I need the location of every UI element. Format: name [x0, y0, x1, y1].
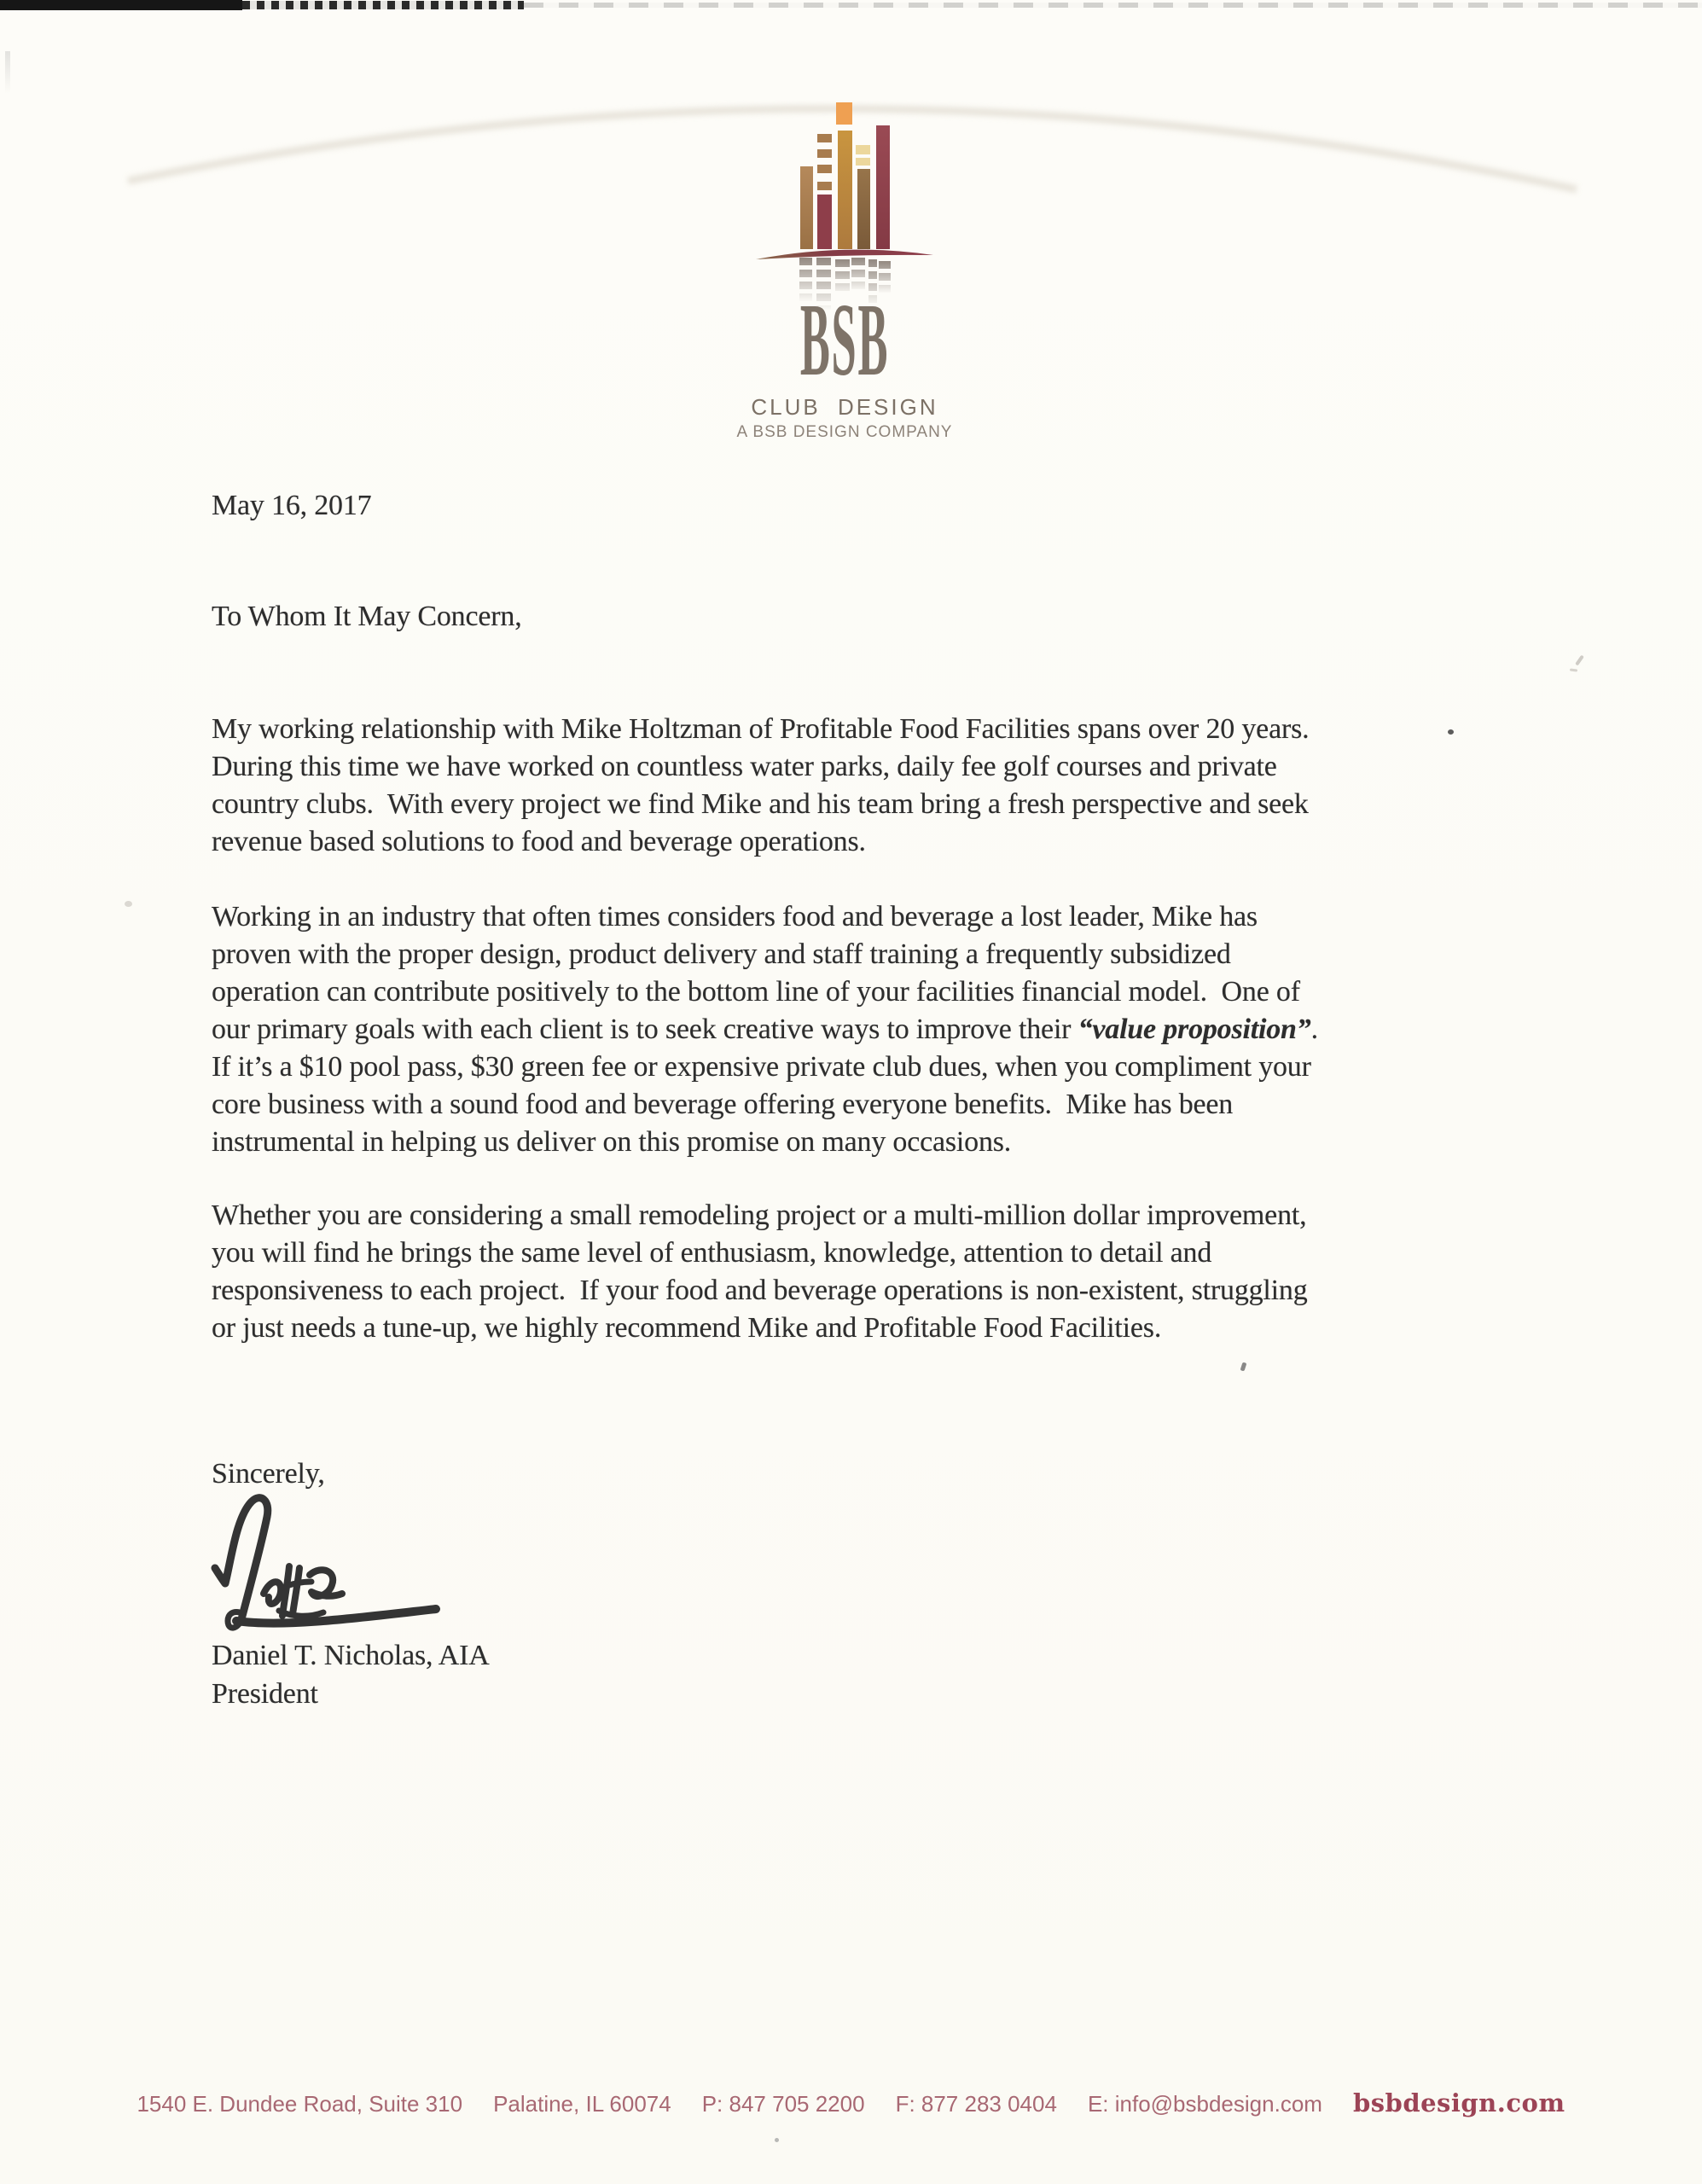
logo-bar — [876, 125, 890, 249]
logo-bar — [856, 158, 870, 166]
footer-email: E: info@bsbdesign.com — [1088, 2091, 1322, 2117]
logo-bar — [817, 149, 832, 158]
salutation: To Whom It May Concern, — [212, 598, 522, 636]
scan-speck — [5, 51, 10, 94]
logo-bar — [817, 134, 832, 142]
logo-bar — [836, 102, 852, 125]
line-segment: our primary goals with each client is to… — [212, 1014, 1078, 1045]
letter-line: responsiveness to each project. If your … — [212, 1272, 1308, 1310]
logo-text-company: A BSB DESIGN COMPANY — [717, 423, 973, 442]
scan-speck — [1575, 655, 1584, 666]
value-proposition-emphasis: “value proposition” — [1078, 1014, 1311, 1045]
letter-line: revenue based solutions to food and beve… — [212, 823, 1309, 861]
letter-line: core business with a sound food and beve… — [212, 1086, 1318, 1124]
letter-line: During this time we have worked on count… — [212, 748, 1309, 786]
logo-bar — [817, 195, 832, 249]
letter-line: operation can contribute positively to t… — [212, 973, 1318, 1011]
letter-line: our primary goals with each client is to… — [212, 1011, 1318, 1048]
letter-line: country clubs. With every project we fin… — [212, 786, 1309, 823]
signer-name: Daniel T. Nicholas, AIA — [212, 1637, 490, 1675]
scanned-letter-page: BSB CLUB DESIGN A BSB DESIGN COMPANY May… — [0, 0, 1702, 2184]
scan-speck — [1570, 668, 1577, 671]
closing: Sincerely, — [212, 1455, 325, 1493]
logo-text-tagline: CLUB DESIGN — [717, 394, 973, 421]
logo-bar — [800, 166, 813, 249]
letter-line: If it’s a $10 pool pass, $30 green fee o… — [212, 1048, 1318, 1086]
signer-title: President — [212, 1676, 318, 1713]
letterhead-logo: BSB CLUB DESIGN A BSB DESIGN COMPANY — [717, 94, 973, 452]
paragraph-2: Working in an industry that often times … — [212, 898, 1318, 1161]
letter-line: or just needs a tune-up, we highly recom… — [212, 1310, 1308, 1347]
scan-speck — [125, 901, 132, 907]
footer-address: 1540 E. Dundee Road, Suite 310 — [137, 2091, 462, 2117]
letter-footer: 1540 E. Dundee Road, Suite 310 Palatine,… — [0, 2088, 1702, 2117]
letter-date: May 16, 2017 — [212, 487, 371, 525]
line-segment: . — [1311, 1014, 1318, 1045]
footer-phone: P: 847 705 2200 — [702, 2091, 865, 2117]
logo-bar — [817, 165, 832, 173]
paragraph-3: Whether you are considering a small remo… — [212, 1197, 1308, 1347]
logo-bar — [856, 145, 870, 154]
logo-bar — [838, 131, 852, 249]
footer-website: bsbdesign.com — [1353, 2088, 1565, 2117]
letter-line: Whether you are considering a small remo… — [212, 1197, 1308, 1234]
letter-line: My working relationship with Mike Holtzm… — [212, 711, 1309, 748]
logo-text-bsb: BSB — [790, 288, 900, 392]
letter-line: instrumental in helping us deliver on th… — [212, 1124, 1318, 1161]
logo-bar — [857, 169, 870, 249]
letter-line: proven with the proper design, product d… — [212, 936, 1318, 973]
footer-fax: F: 877 283 0404 — [896, 2091, 1057, 2117]
scan-speck — [1240, 1362, 1247, 1371]
scan-speck — [775, 2138, 779, 2142]
scan-speck — [1448, 729, 1454, 735]
paragraph-1: My working relationship with Mike Holtzm… — [212, 711, 1309, 861]
signature-scribble — [207, 1493, 480, 1634]
footer-city: Palatine, IL 60074 — [493, 2091, 671, 2117]
logo-bar — [817, 182, 832, 190]
letter-line: you will find he brings the same level o… — [212, 1234, 1308, 1272]
letter-line: Working in an industry that often times … — [212, 898, 1318, 936]
